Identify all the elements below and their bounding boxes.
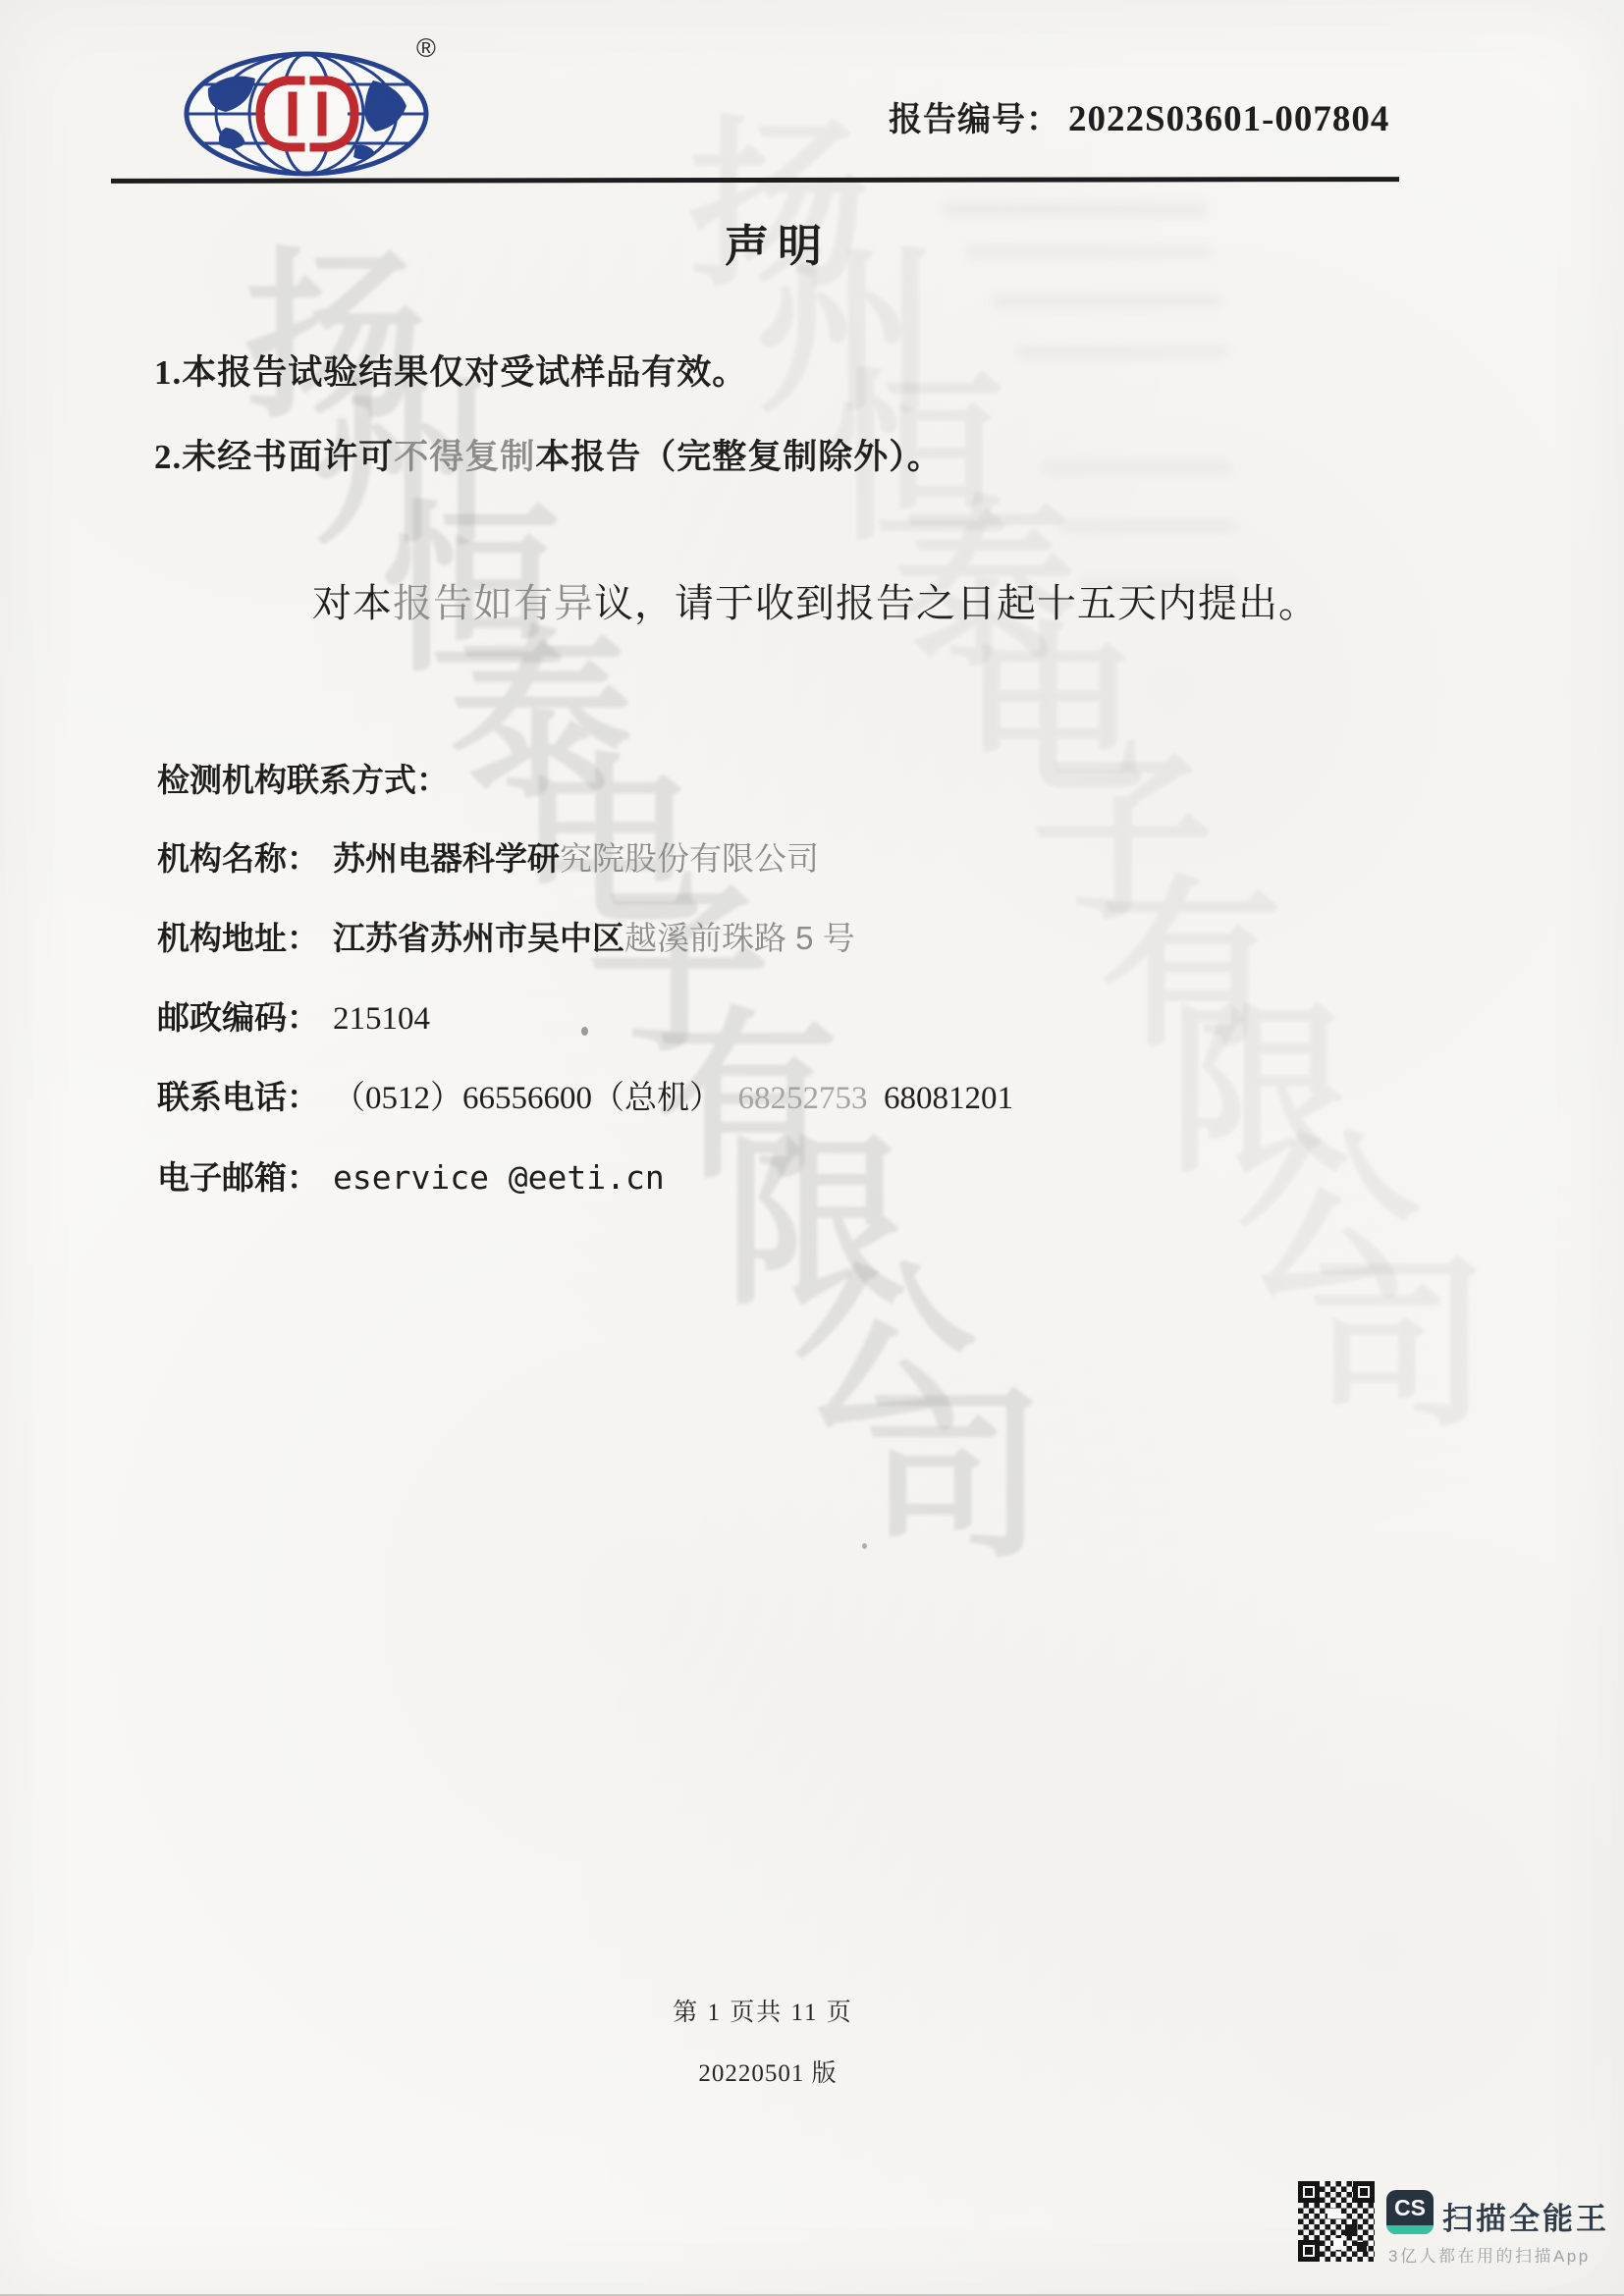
scan-speck (862, 1543, 867, 1549)
phone-value-faded: 68252753 (722, 1081, 868, 1117)
contact-row-email: 电子邮箱： eservice @eeti.cn (157, 1152, 665, 1199)
statement-2: 2.未经书面许可不得复制本报告（完整复制除外）。 (154, 430, 943, 479)
address-label: 机构地址： (157, 913, 319, 959)
org-name-value-faded: 究院股份有限公司 (560, 833, 819, 880)
appeal-notice: 对本报告如有异议，请于收到报告之日起十五天内提出。 (312, 572, 1319, 628)
statement-2-text-faded: 不得复制 (394, 438, 535, 476)
email-label: 电子邮箱： (157, 1152, 319, 1199)
camscanner-qr-code (1298, 2181, 1375, 2262)
appeal-text: 对本 (312, 581, 393, 625)
qr-pattern (1333, 2238, 1343, 2250)
contact-row-address: 机构地址： 江苏省苏州市吴中区越溪前珠路 5 号 (157, 913, 855, 959)
page-title: 声明 (725, 210, 831, 274)
phone-value-alt: 68081201 (868, 1081, 1014, 1117)
postcode-label: 邮政编码： (157, 992, 319, 1039)
camscanner-badge-text: CS (1386, 2190, 1434, 2225)
qr-pattern (1327, 2209, 1341, 2218)
scan-bleed-artifact (992, 294, 1222, 308)
qr-finder-icon (1353, 2181, 1375, 2203)
appeal-text-faded: 报告如有异 (393, 581, 594, 625)
appeal-text: 议，请于收到报告之日起十五天内提出。 (594, 581, 1319, 625)
statement-2-number: 2. (154, 438, 182, 476)
address-value-faded: 越溪前珠路 5 号 (624, 913, 855, 959)
organization-logo (181, 47, 438, 183)
camscanner-app-icon: CS (1386, 2190, 1434, 2234)
address-value: 江苏省苏州市吴中区 (333, 913, 624, 959)
registered-trademark-icon: ® (416, 33, 436, 64)
org-name-label: 机构名称： (157, 833, 319, 880)
camscanner-tagline: 3亿人都在用的扫描App (1388, 2242, 1591, 2267)
qr-pattern (1357, 2242, 1367, 2252)
document-version: 20220501 版 (698, 2054, 837, 2089)
statement-2-text: 未经书面许可 (182, 438, 394, 476)
scan-bleed-artifact (1060, 520, 1237, 533)
org-name-value: 苏州电器科学研 (333, 833, 560, 880)
scan-bleed-artifact (1016, 346, 1227, 358)
camscanner-app-name: 扫描全能王 (1442, 2194, 1609, 2238)
globe-logo-graphic (181, 47, 438, 183)
email-value: eservice @eeti.cn (333, 1158, 665, 1197)
statement-1: 1.本报告试验结果仅对受试样品有效。 (154, 346, 747, 395)
scan-speck (581, 1027, 588, 1036)
phone-value-main: （0512）66556600（总机） (333, 1072, 722, 1118)
postcode-value: 215104 (333, 1001, 430, 1038)
scan-bleed-artifact (943, 201, 1208, 217)
camscanner-badge-strip (1386, 2225, 1434, 2234)
contact-section-heading: 检测机构联系方式： (157, 755, 449, 801)
phone-label: 联系电话： (157, 1072, 319, 1118)
report-number-line: 报告编号： 2022S03601-007804 (889, 92, 1389, 140)
report-number-value: 2022S03601-007804 (1068, 98, 1389, 140)
header-divider (111, 177, 1399, 184)
statement-1-number: 1. (154, 353, 182, 392)
statement-2-text: 本报告（完整复制除外）。 (535, 438, 943, 476)
contact-row-phone: 联系电话： （0512）66556600（总机） 68252753 680812… (157, 1072, 1013, 1118)
statement-1-text: 本报告试验结果仅对受试样品有效。 (182, 353, 747, 392)
qr-finder-icon (1298, 2240, 1320, 2262)
scan-bleed-artifact (1041, 461, 1232, 474)
report-number-label: 报告编号： (889, 92, 1060, 140)
scanned-report-page: 扬州恒泰电子有限公司 扬州恒泰电子有限公司 (0, 0, 1624, 2296)
contact-row-postcode: 邮政编码： 215104 (157, 992, 430, 1039)
scan-bleed-artifact (967, 245, 1213, 259)
qr-pattern (1345, 2224, 1357, 2236)
page-number: 第 1 页共 11 页 (673, 1993, 853, 2028)
contact-row-org-name: 机构名称： 苏州电器科学研究院股份有限公司 (157, 833, 819, 880)
qr-finder-icon (1298, 2181, 1320, 2203)
